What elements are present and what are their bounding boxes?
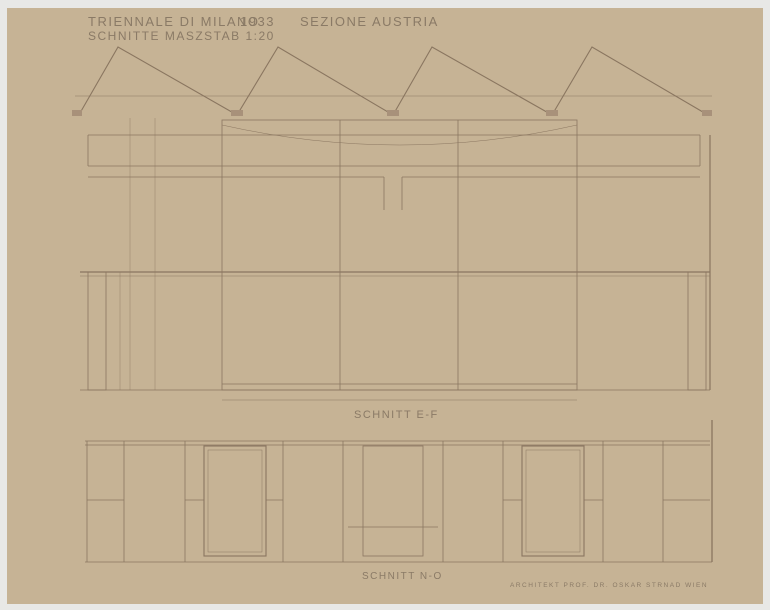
architectural-section-drawing: [0, 0, 770, 610]
lower-section: [85, 420, 712, 562]
roof-trusses: [80, 47, 708, 115]
truss-supports: [72, 110, 712, 116]
